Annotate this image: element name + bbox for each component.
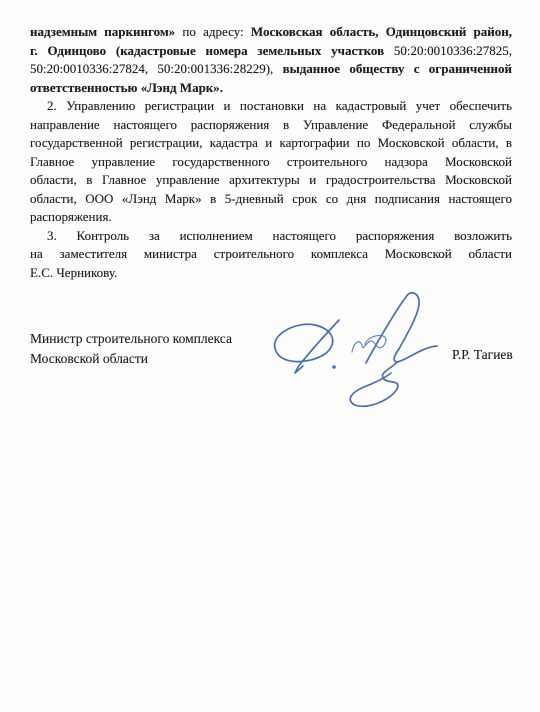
signatory-title: Министр строительного комплекса Московск… [30, 329, 280, 368]
text-run: направление настоящего распоряжения в Уп… [30, 117, 512, 132]
paragraph-line: надземным паркингом» по адресу: Московск… [30, 23, 512, 42]
text-run: государственной регистрации, кадастра и … [30, 135, 512, 150]
handwritten-signature-icon [255, 288, 445, 413]
bold-text-run: надземным паркингом» [30, 24, 182, 39]
signature-dot [332, 365, 336, 369]
text-run: на заместителя министра строительного ко… [30, 246, 512, 261]
paragraph-line: ответственностью «Лэнд Марк». [30, 79, 512, 98]
bold-text-run: г. Одинцово (кадастровые номера земельны… [30, 43, 394, 58]
signatory-title-line2: Московской области [30, 349, 280, 369]
text-run: по адресу: [182, 24, 250, 39]
bold-text-run: выданное обществу с ограниченной [283, 61, 512, 76]
text-run: 50:20:0010336:27825, [394, 43, 512, 58]
paragraph-line: распоряжения. [30, 208, 512, 227]
text-run: Главное управление государственного стро… [30, 154, 512, 169]
text-run: Е.С. Черникову. [30, 265, 117, 280]
text-run: области, в Главное управление архитектур… [30, 172, 512, 187]
paragraph-line: 3. Контроль за исполнением настоящего ра… [30, 227, 512, 246]
paragraph-line: области, в Главное управление архитектур… [30, 171, 512, 190]
paragraph-line: г. Одинцово (кадастровые номера земельны… [30, 42, 512, 61]
signature-flourish-stroke [350, 362, 398, 406]
document-body: надземным паркингом» по адресу: Московск… [30, 23, 512, 282]
signature-tall-loop-stroke [366, 293, 437, 363]
paragraph-line: на заместителя министра строительного ко… [30, 245, 512, 264]
paragraph-line: 50:20:0010336:27824, 50:20:001336:28229)… [30, 60, 512, 79]
signatory-title-line1: Министр строительного комплекса [30, 329, 280, 349]
document-page: надземным паркингом» по адресу: Московск… [0, 0, 540, 712]
text-run: 2. Управлению регистрации и постановки н… [47, 98, 512, 113]
bold-text-run: ответственностью «Лэнд Марк». [30, 80, 223, 95]
bold-text-run: Московская область, Одинцовский район, [251, 24, 512, 39]
signature-left-oval-stroke [275, 324, 333, 361]
paragraph-line: области, ООО «Лэнд Марк» в 5-дневный сро… [30, 190, 512, 209]
paragraph-line: государственной регистрации, кадастра и … [30, 134, 512, 153]
text-run: распоряжения. [30, 209, 112, 224]
paragraph-line: 2. Управлению регистрации и постановки н… [30, 97, 512, 116]
text-run: 50:20:0010336:27824, 50:20:001336:28229)… [30, 61, 283, 76]
paragraph-line: направление настоящего распоряжения в Уп… [30, 116, 512, 135]
text-run: области, ООО «Лэнд Марк» в 5-дневный сро… [30, 191, 512, 206]
paragraph-line: Е.С. Черникову. [30, 264, 512, 283]
paragraph-line: Главное управление государственного стро… [30, 153, 512, 172]
text-run: 3. Контроль за исполнением настоящего ра… [47, 228, 512, 243]
signatory-name: Р.Р. Тагиев [452, 347, 513, 363]
